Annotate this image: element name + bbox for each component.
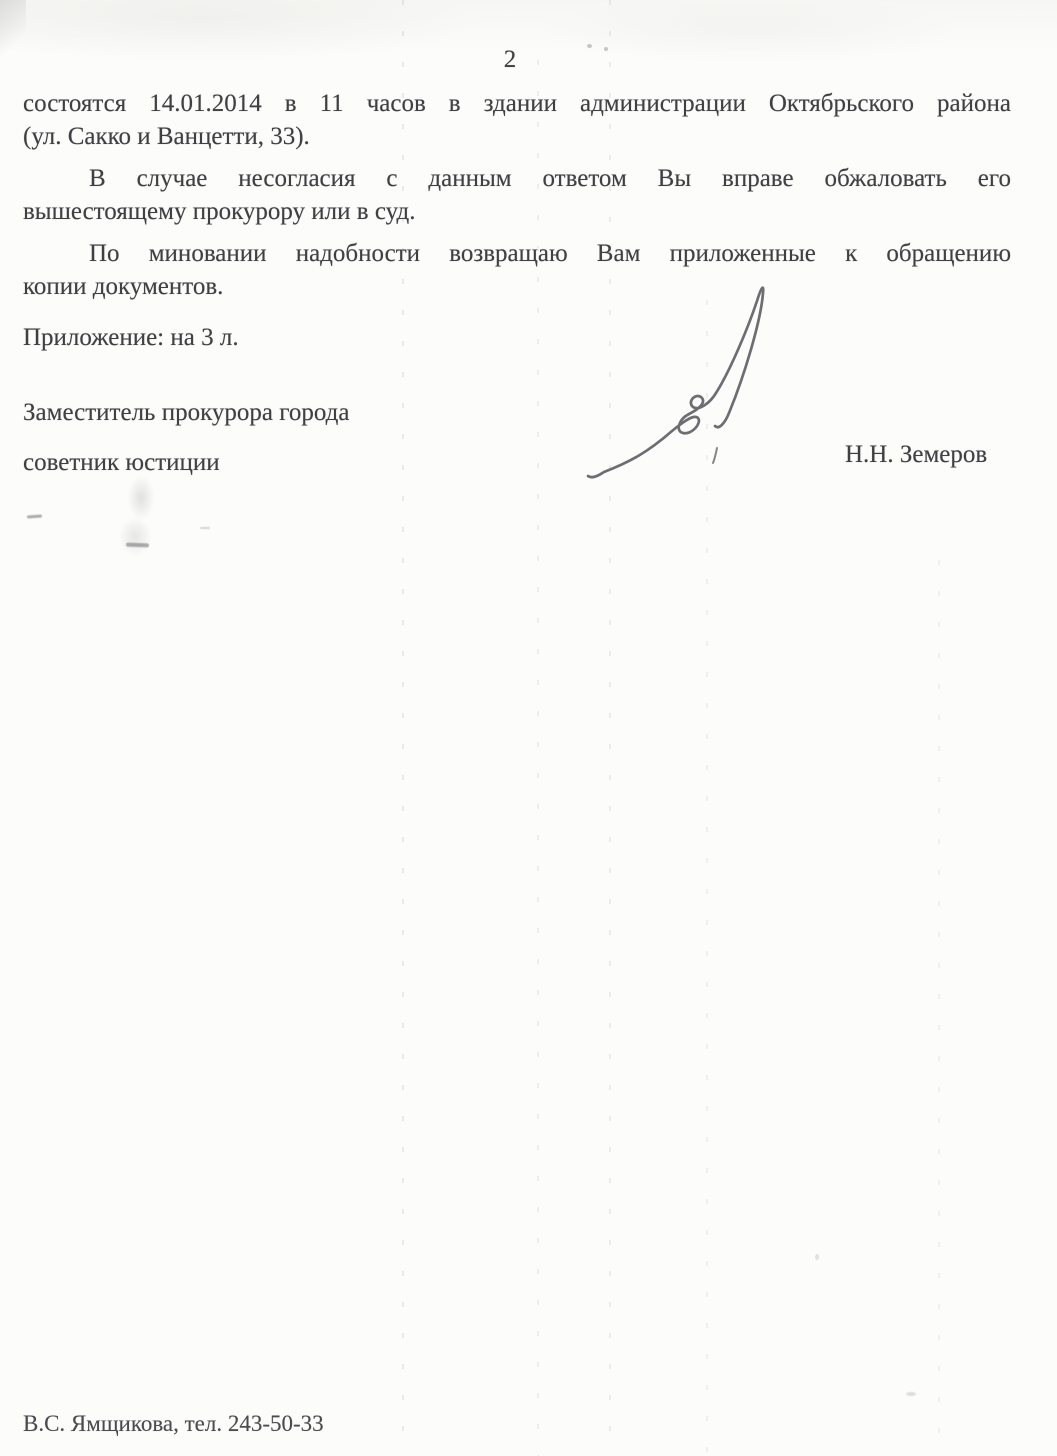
- paragraph: По миновании надобности возвращаю Вам пр…: [23, 237, 1011, 303]
- scan-speck: [906, 1392, 916, 1396]
- scan-speck: [604, 47, 608, 51]
- paragraph: состоятся 14.01.2014 в 11 часов в здании…: [23, 87, 1011, 153]
- body-line: вышестоящему прокурору или в суд.: [23, 195, 1011, 228]
- body-line: По миновании надобности возвращаю Вам пр…: [23, 237, 1011, 270]
- body-line: состоятся 14.01.2014 в 11 часов в здании…: [23, 87, 1011, 120]
- scan-artifact: [200, 527, 210, 529]
- attachment-line: Приложение: на 3 л.: [23, 324, 239, 352]
- scan-fold-line: [706, 300, 708, 1456]
- scan-artifact: [27, 514, 42, 518]
- letter-body: состоятся 14.01.2014 в 11 часов в здании…: [23, 87, 1011, 303]
- scan-speck: [587, 44, 592, 48]
- page-number: 2: [0, 46, 1020, 74]
- paragraph: В случае несогласия с данным ответом Вы …: [23, 162, 1011, 228]
- scan-corner-shadow: [0, 0, 26, 60]
- scan-fold-line: [609, 0, 611, 1456]
- scanned-letter-page: 2 состоятся 14.01.2014 в 11 часов в здан…: [0, 0, 1057, 1456]
- body-line: копии документов.: [23, 270, 1011, 303]
- signer-name: Н.Н. Земеров: [845, 441, 987, 469]
- scan-speck: [815, 1254, 819, 1260]
- scan-artifact: [126, 543, 149, 548]
- signer-position-line1: Заместитель прокурора города: [23, 399, 349, 427]
- body-line: В случае несогласия с данным ответом Вы …: [23, 162, 1011, 195]
- scan-fold-line: [537, 60, 539, 1456]
- scan-fold-line: [402, 0, 404, 1456]
- footer-contact: В.С. Ямщикова, тел. 243-50-33: [23, 1411, 324, 1437]
- handwritten-signature: [578, 276, 838, 486]
- scan-fold-line: [938, 560, 940, 1456]
- body-line: (ул. Сакко и Ванцетти, 33).: [23, 120, 1011, 153]
